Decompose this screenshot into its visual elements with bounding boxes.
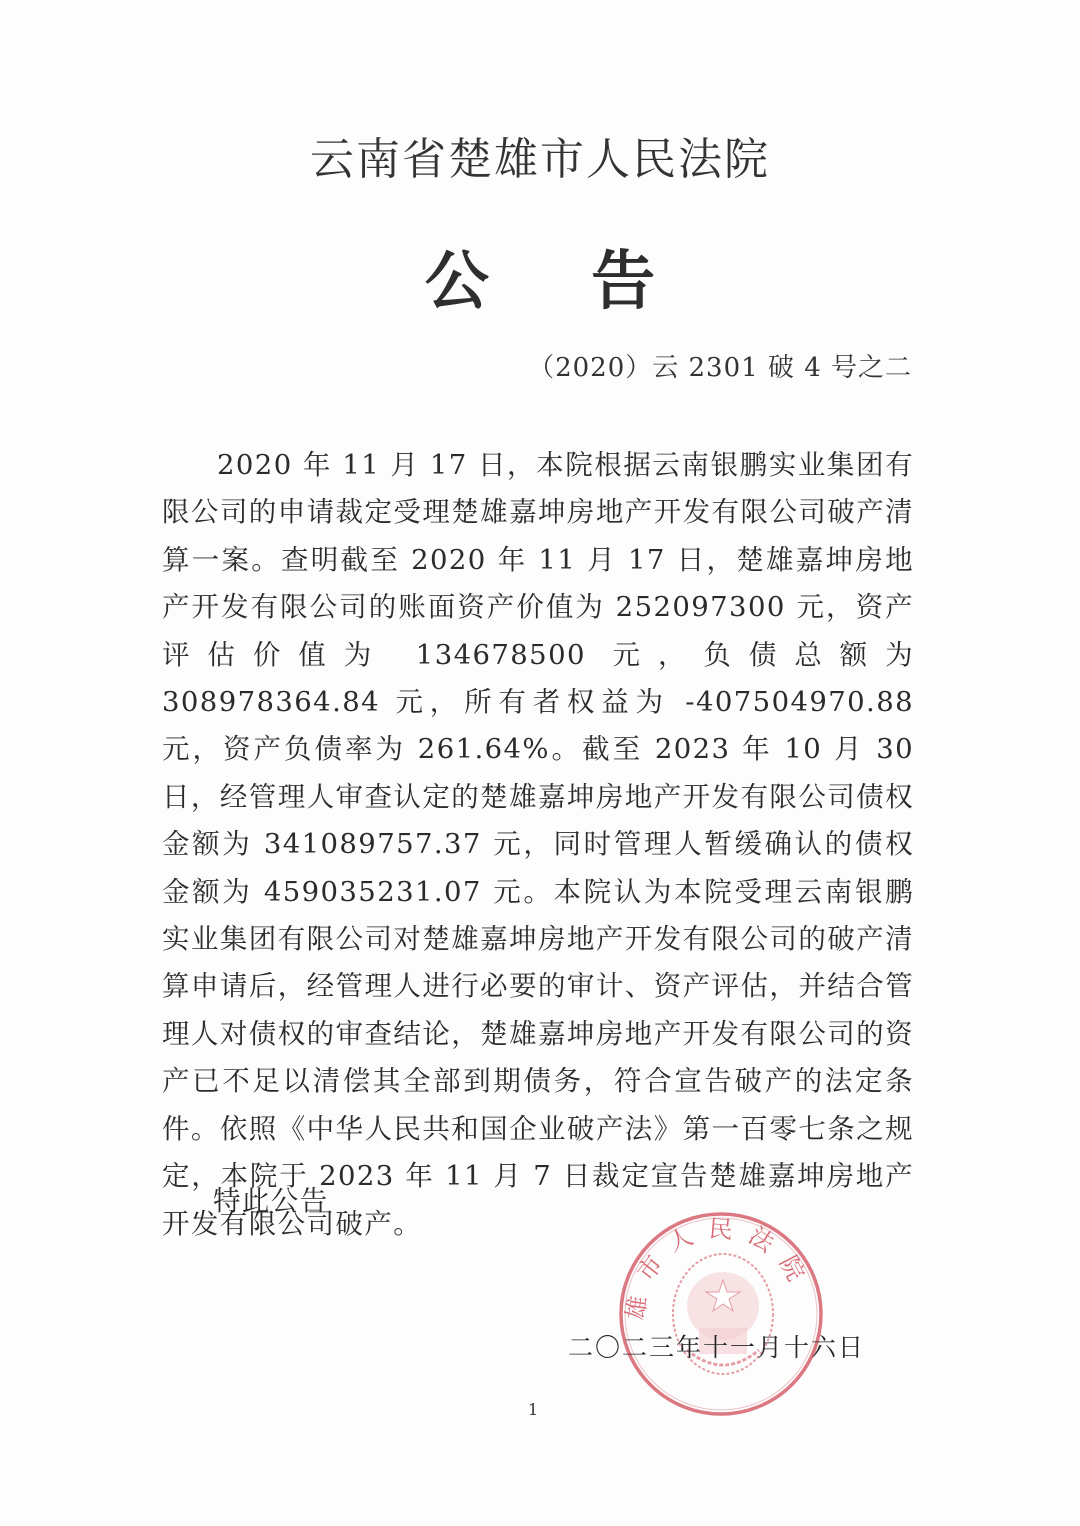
page-number: 1 — [528, 1400, 538, 1420]
closing-statement: 特此公告 — [213, 1178, 329, 1225]
court-name-heading: 云南省楚雄市人民法院 — [0, 130, 1080, 190]
case-number: （2020）云 2301 破 4 号之二 — [528, 348, 912, 388]
document-page: 云南省楚雄市人民法院 公 告 （2020）云 2301 破 4 号之二 2020… — [0, 0, 1080, 1526]
announcement-body: 2020 年 11 月 17 日，本院根据云南银鹏实业集团有限公司的申请裁定受理… — [162, 442, 914, 1248]
issue-date: 二〇二三年十一月十六日 — [568, 1330, 865, 1366]
announcement-title: 公 告 — [0, 240, 1080, 324]
